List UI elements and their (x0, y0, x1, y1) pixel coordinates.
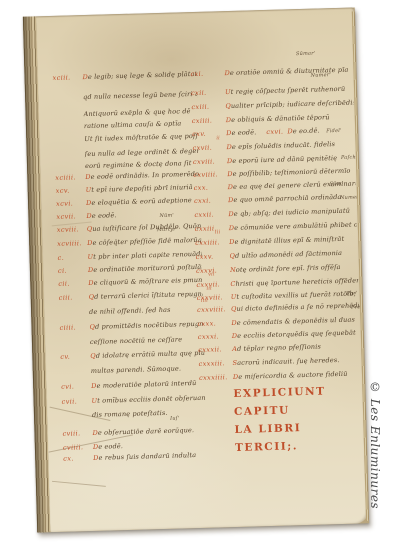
chapter-text: De cliquorū & mōſtrare eis pmunit (88, 276, 202, 287)
chapter-numeral: CXXX. (197, 317, 231, 330)
interlinear-note: Nūm' (159, 213, 174, 219)
rubricated-initial: D (85, 173, 91, 181)
rubricated-initial: D (227, 170, 233, 178)
chapter-text: Qd promittēdis nocētibus repugnare (89, 319, 203, 330)
chapter-numeral: XCVII. (56, 210, 86, 223)
chapter-text: De dignitatē illius epī & miniſtrāt (229, 235, 344, 246)
chapter-numeral: CII. (58, 277, 88, 290)
explicit-rubric: EXPLICIUNT CAPITU LA LIBRI TERCII;. (233, 381, 369, 457)
chapter-text: ceſſione nocētiū ne ceſſare (90, 335, 182, 346)
chapter-numeral: CXXXIII. (198, 357, 232, 370)
rubricated-initial: D (233, 373, 239, 381)
chapter-text: Antiquorū exēpla & quę hoc dē (83, 107, 190, 118)
rubricated-initial: D (93, 454, 99, 462)
chapter-line: CX.De rebus ſuis dandarū indulta (63, 449, 207, 466)
chapter-numeral: XCIII. (52, 71, 82, 84)
rubricated-initial: Q (90, 352, 96, 360)
chapter-text: De obſeruatiōe darē eorūque. (92, 426, 194, 437)
interlinear-note: Numer' (311, 72, 331, 79)
rubricated-initial: U (87, 253, 93, 261)
chapter-line: Ut ſit iudex mōſtratōe & quę poſſit (84, 130, 198, 146)
chapter-numeral: CXXI. (194, 194, 228, 207)
rubricated-initial: Q (87, 225, 93, 233)
interlinear-note: iii (206, 286, 212, 292)
rubricated-initial: D (228, 183, 234, 191)
interlinear-note: ii (216, 135, 220, 141)
rubricated-initial: D (91, 382, 97, 390)
chapter-text: ratione ultima cauſa & optīa (84, 119, 182, 130)
chapter-numeral: CXVI. (266, 126, 283, 138)
interlinear-note: Sūmar' (296, 51, 316, 58)
interlinear-note: Par' (347, 291, 358, 297)
chapter-text: de nihil offendi. ſed has (89, 306, 171, 316)
chapter-numeral: CXVII. (192, 141, 226, 154)
chapter-text: De eo.dē. (287, 126, 319, 135)
rubricated-initial: U (231, 293, 237, 301)
chapter-text: multas parendi. Sūmoque. (91, 364, 182, 375)
rubricated-initial: D (93, 443, 99, 451)
chapter-numeral: CXVIIII. (193, 168, 227, 181)
chapter-line: qd nulla necesse legū bene ſciri qm (83, 88, 197, 104)
rubricated-initial: Q (230, 252, 236, 260)
chapter-text: De eodē. (86, 211, 116, 220)
rubricated-initial: D (86, 199, 92, 207)
chapter-numeral: CXXIII. (195, 222, 229, 235)
chapter-numeral: CXXXII. (198, 343, 232, 356)
rubricated-initial: D (229, 238, 235, 246)
interlinear-note: Fidel' (326, 128, 342, 134)
chapter-text: De moderatiōe platorū interdū (91, 379, 196, 390)
chapter-numeral: CIII. (59, 291, 89, 304)
interlinear-note: iii (215, 229, 221, 235)
interlinear-note: iiii (201, 298, 208, 304)
rubricated-initial: D (87, 239, 93, 247)
chapter-numeral: CXXV. (195, 250, 229, 263)
chapter-text: Qualiter prīcipib; iudicare deſcribēdis (225, 98, 353, 110)
chapter-numeral: C. (57, 251, 87, 264)
chapter-text: Qd idolatrę errātiū multa quę plura (90, 349, 204, 360)
rubricated-initial: D (226, 129, 232, 137)
chapter-text: Qui dicto definiēdis a ſe nō reprehēdit (231, 301, 359, 313)
chapter-line: CIIII.Qd promittēdis nocētibus repugnare (59, 318, 203, 335)
chapter-numeral: CXVIII. (193, 155, 227, 168)
rubricated-initial: D (82, 73, 88, 81)
chapter-numeral: CV. (60, 350, 90, 363)
chapter-text: De poſſibilib; teſtimoniorū dētermīo (227, 167, 350, 178)
rubricated-initial: D (224, 69, 230, 77)
chapter-numeral: CXX. (194, 181, 228, 194)
rubricated-initial: N (230, 266, 236, 274)
chapter-text: De cōmuniōe vere ambulātiū phibet oīa (229, 220, 357, 232)
chapter-text: Ut epī iure depoſiti pbrī iniuriā (86, 183, 193, 194)
chapter-text: De ordinatiōe moriturorū poſtulātiū (88, 263, 202, 274)
chapter-numeral: CXXVII. (196, 278, 230, 291)
chapter-text: De miſericordia & auctore fideliū (233, 370, 348, 381)
rubricated-initial: U (92, 397, 98, 405)
chapter-line: CV.Qd idolatrę errātiū multa quę plura (60, 347, 204, 364)
chapter-text: De eporū iure ad dānū pęnitētię (227, 154, 337, 165)
explicit-line-2: LA LIBRI TERCII;. (234, 417, 369, 457)
chapter-text: De epīs ſoluēdis inducāt. fidelis (226, 140, 335, 151)
interlinear-note: vii (208, 271, 215, 277)
chapter-numeral: CXXII. (194, 208, 228, 221)
rubricated-initial: Q (89, 323, 95, 331)
chapter-text: De quo omnē parrochiā ordināda (228, 193, 342, 204)
chapter-text: Notę ordināt fore epī. fris offēſa (230, 263, 341, 274)
chapter-text: Sacrorū indicauit. ſuę heredes. (232, 356, 339, 367)
rubricated-initial: C (230, 280, 235, 288)
chapter-text: De cōmendatis & deponēdis ul duas (231, 316, 355, 327)
chapter-line: multas parendi. Sūmoque. (91, 362, 205, 378)
chapter-text: Ut pbr inter plati capite renouādis (87, 250, 201, 261)
rubricated-initial: D (226, 143, 232, 151)
chapter-text: Qua iuſtificare ſol Dubdēlo. Quōp (87, 222, 201, 233)
chapter-text: dis romanę poteſtatis. (92, 409, 168, 419)
chapter-text: De eccliis detorquēdis quę ſequebāt (232, 329, 356, 340)
rubricated-initial: Q (89, 293, 95, 301)
chapter-numeral: CXV. (192, 127, 226, 140)
manuscript-photo: EXPLICIUNT CAPITU LA LIBRI TERCII;. XCII… (0, 0, 400, 554)
chapter-numeral: CXXXIIII. (199, 371, 233, 384)
chapter-text: Qd ultīo admonēdi ad ſāctimonia (230, 249, 343, 260)
chapter-line: dis romanę poteſtatis. (92, 406, 206, 422)
rubricated-initial: U (86, 186, 92, 194)
rubricated-initial: D (92, 429, 98, 437)
rubricated-initial: D (86, 212, 92, 220)
chapter-numeral: CVII. (61, 395, 91, 408)
chapter-text: De obliquis & dānatiōe tēporū (226, 113, 330, 124)
chapter-numeral: XCIIII. (55, 171, 85, 184)
rubricated-initial: D (88, 266, 94, 274)
chapter-numeral: CVIII. (62, 427, 92, 440)
chapter-numeral: CXXVIIII. (197, 303, 231, 316)
chapter-numeral: CX. (63, 452, 93, 465)
rubricated-initial: D (287, 127, 293, 135)
chapter-numeral: XCVIII. (57, 223, 87, 236)
chapter-text: qd nulla necesse legū bene ſciri qm (83, 90, 197, 101)
chapter-text: Ut regię cōſpectu ſperēt ruthenorū (225, 85, 345, 96)
text-block: EXPLICIUNT CAPITU LA LIBRI TERCII;. XCII… (23, 7, 369, 532)
chapter-numeral: CI. (58, 264, 88, 277)
chapter-text: Ut omībus eccliis donēt obſeruan (92, 394, 206, 405)
book-leaf: EXPLICIUNT CAPITU LA LIBRI TERCII;. XCII… (23, 7, 369, 532)
chapter-numeral: XCV. (56, 184, 86, 197)
chapter-text: De legib; suę lege & solidę plātatę (82, 70, 196, 81)
interlinear-note: Sūm' (330, 181, 344, 187)
rubricated-initial: A (232, 345, 237, 353)
rubricated-initial: Q (225, 102, 231, 110)
rubricated-initial: D (88, 279, 94, 287)
chapter-line: CIII.Qd terrarū clerici īſtituta repugnā… (59, 288, 203, 305)
chapter-numeral: CXIIII. (192, 114, 226, 127)
chapter-numeral: CIIII. (59, 321, 89, 334)
chapter-text: De rebus ſuis dandarū indulta (93, 451, 196, 462)
rubricated-initial: S (232, 359, 237, 367)
chapter-text: De qb; abſq; dei iudicio manipulatū (228, 207, 350, 218)
chapter-numeral: CXXXI. (198, 330, 232, 343)
chapter-text: De eodē. (226, 128, 256, 137)
rubricated-initial: D (226, 116, 232, 124)
chapter-line: CVI.De moderatiōe platorū interdū (61, 377, 205, 394)
chapter-text: De eodē. (93, 442, 123, 451)
rubricated-initial: D (228, 210, 234, 218)
chapter-text: Christi quę īportune hereticis offēdert (230, 276, 358, 288)
rubricated-initial: D (232, 332, 238, 340)
chapter-numeral: XCVI. (56, 197, 86, 210)
chapter-text: De eodē ordinādis. In promerēdo (85, 170, 199, 181)
chapter-text: De eloquētia & eorū adeptione (86, 196, 192, 207)
explicit-line-1: EXPLICIUNT CAPITU (233, 381, 369, 421)
chapter-text: Ad tēplar regno pfeſſionis (232, 343, 321, 353)
interlinear-note: Martyr' (157, 227, 178, 234)
chapter-numeral: CXXIIII. (195, 236, 229, 249)
rubricated-initial: U (225, 88, 231, 96)
rubricated-initial: D (231, 319, 237, 327)
chapter-text: De cōſeq́ter pfeſſiōe fidē malorūq; (87, 236, 201, 247)
rubricated-initial: Q (231, 305, 237, 313)
chapter-text: Qd terrarū clerici īſtituta repugnāt (89, 290, 203, 301)
chapter-numeral: CXIII. (191, 100, 225, 113)
chapter-line: de nihil offendi. ſed has (89, 303, 203, 319)
chapter-numeral: CVI. (61, 380, 91, 393)
interlinear-note: Iuſ' (170, 416, 179, 422)
rubricated-initial: D (229, 224, 235, 232)
rubricated-initial: D (227, 157, 233, 165)
chapter-line: XCIII.De legib; suę lege & solidę plātat… (52, 68, 196, 85)
copyright-credit: © Les Enluminures (362, 380, 382, 552)
chapter-numeral: XCVIIII. (57, 237, 87, 250)
rubricated-initial: D (228, 196, 234, 204)
chapter-numeral: CXII. (191, 86, 225, 99)
chapter-numeral: CXI. (190, 67, 224, 80)
chapter-text: Ut ſit iudex mōſtratōe & quę poſſit (84, 132, 198, 143)
